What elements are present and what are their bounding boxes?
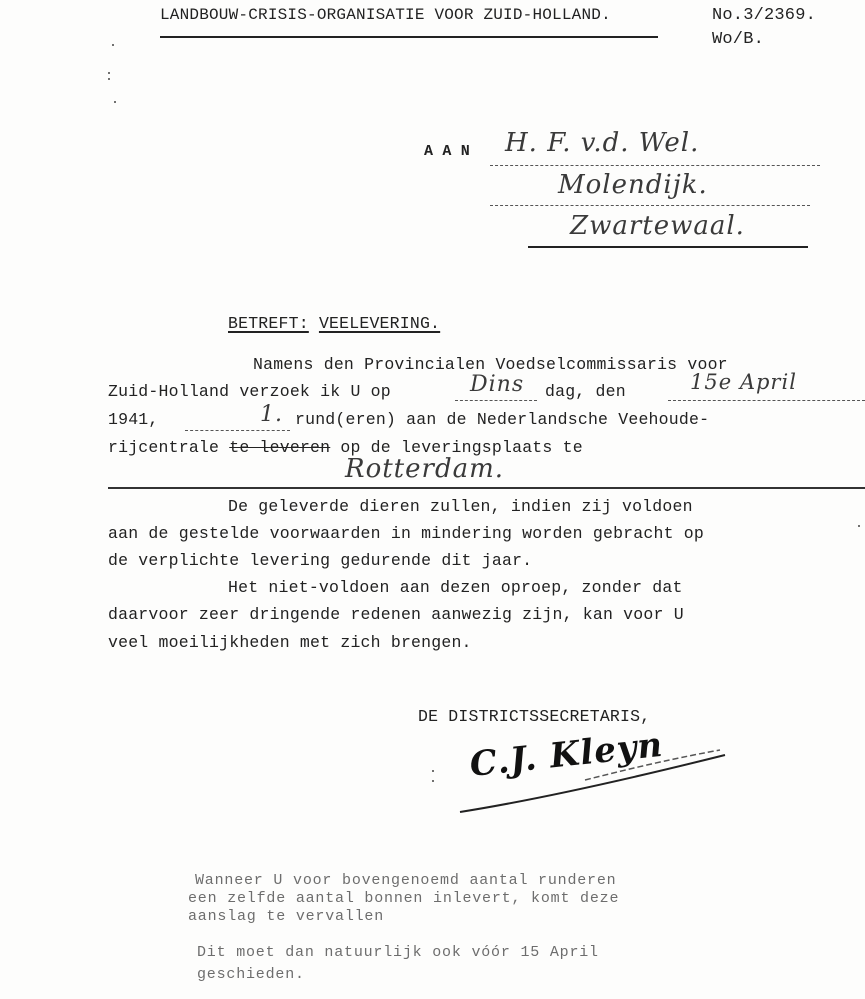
day-field-line xyxy=(455,400,537,401)
subject-value: VEELEVERING. xyxy=(319,314,440,333)
date-field-line xyxy=(668,400,865,401)
p1-count: 1. xyxy=(260,402,283,427)
signature-flourish xyxy=(455,740,735,820)
scan-speck xyxy=(432,780,434,782)
p1-year: 1941, xyxy=(108,410,159,429)
scan-speck xyxy=(858,525,860,527)
subject-label: BETREFT: xyxy=(228,314,309,333)
header-rule xyxy=(160,36,658,38)
addressee-street: Molendijk. xyxy=(558,170,708,200)
scan-speck xyxy=(108,72,110,74)
scan-speck xyxy=(114,101,116,103)
signatory-title: DE DISTRICTSSECRETARIS, xyxy=(418,707,650,726)
addressee-label: A A N xyxy=(424,143,470,160)
p1-line2-a: Zuid-Holland verzoek ik U op xyxy=(108,382,391,401)
p1-line3-b: rund(eren) aan de Nederlandsche Veehoude… xyxy=(295,410,709,429)
p1-day: Dins xyxy=(470,372,524,397)
p1-line4-a: rijcentrale xyxy=(108,438,219,457)
addressee-name-line xyxy=(490,165,820,166)
p1-line4-struck: te leveren xyxy=(229,438,330,457)
addressee-town: Zwartewaal. xyxy=(570,211,745,241)
note-line3: aanslag te vervallen xyxy=(188,908,384,925)
note-line4: Dit moet dan natuurlijk ook vóór 15 Apri… xyxy=(197,944,599,961)
p3-line2: daarvoor zeer dringende redenen aanwezig… xyxy=(108,605,684,624)
p1-date: 15e April xyxy=(690,370,797,394)
p2-line3: de verplichte levering gedurende dit jaa… xyxy=(108,551,532,570)
note-line1: Wanneer U voor bovengenoemd aantal runde… xyxy=(195,872,616,889)
reference-code: Wo/B. xyxy=(712,30,764,49)
place-field-line xyxy=(108,487,865,489)
addressee-street-line xyxy=(490,205,810,206)
note-line2: een zelfde aantal bonnen inlevert, komt … xyxy=(188,890,619,907)
scan-speck xyxy=(432,770,434,772)
p2-line1: De geleverde dieren zullen, indien zij v… xyxy=(228,497,693,516)
p2-line2: aan de gestelde voorwaarden in mindering… xyxy=(108,524,704,543)
reference-number: No.3/2369. xyxy=(712,6,816,25)
p1-line2-b: dag, den xyxy=(545,382,626,401)
addressee-town-line xyxy=(528,246,808,248)
addressee-name: H. F. v.d. Wel. xyxy=(505,128,699,158)
subject-line: BETREFT: VEELEVERING. xyxy=(228,314,440,333)
organisation-header: LANDBOUW-CRISIS-ORGANISATIE VOOR ZUID-HO… xyxy=(160,6,611,24)
p3-line1: Het niet-voldoen aan dezen oproep, zonde… xyxy=(228,578,683,597)
p3-line3: veel moeilijkheden met zich brengen. xyxy=(108,633,472,652)
scan-speck xyxy=(108,78,110,80)
note-line5: geschieden. xyxy=(197,966,305,983)
count-field-line xyxy=(185,430,290,431)
scan-speck xyxy=(112,44,114,46)
p1-place: Rotterdam. xyxy=(345,454,504,484)
